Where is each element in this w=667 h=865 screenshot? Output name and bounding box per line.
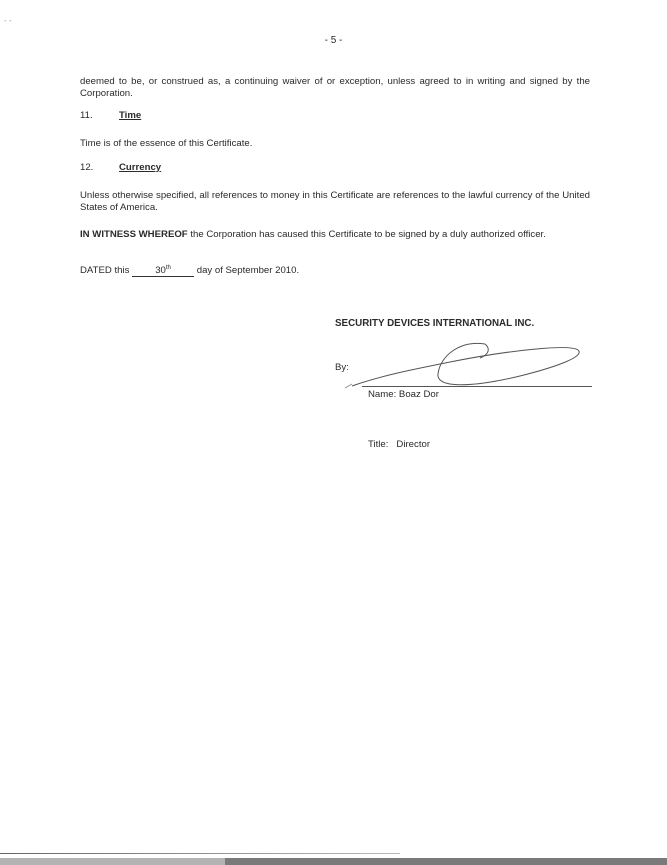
signer-name: Name: Boaz Dor [368, 389, 439, 401]
section-12-body: Unless otherwise specified, all referenc… [80, 190, 590, 214]
section-heading: Currency [119, 162, 161, 174]
section-number: 11. [80, 110, 93, 122]
witness-bold: IN WITNESS WHEREOF [80, 229, 188, 240]
section-12-heading-row: 12. Currency [80, 162, 590, 174]
signer-title: Title: Director [368, 439, 430, 451]
dated-prefix: DATED this [80, 265, 132, 276]
scan-corner-mark: - - [4, 16, 12, 25]
scan-artifact-line [0, 853, 400, 854]
witness-text: the Corporation has caused this Certific… [188, 229, 546, 240]
scan-artifact-bar-left [0, 858, 225, 865]
signature-line [362, 386, 592, 387]
dated-day-suffix: th [166, 265, 171, 271]
dated-line: DATED this 30th day of September 2010. [80, 265, 590, 277]
witness-clause: IN WITNESS WHEREOF the Corporation has c… [80, 229, 590, 241]
dated-suffix: day of September 2010. [194, 265, 299, 276]
page-number: - 5 - [0, 35, 667, 46]
section-11-body: Time is of the essence of this Certifica… [80, 138, 590, 150]
section-11-heading-row: 11. Time [80, 110, 590, 122]
section-number: 12. [80, 162, 93, 174]
company-name: SECURITY DEVICES INTERNATIONAL INC. [335, 318, 534, 329]
dated-day-blank: 30th [132, 265, 194, 277]
dated-day: 30 [155, 265, 166, 276]
section-heading: Time [119, 110, 141, 122]
paragraph-continuation: deemed to be, or construed as, a continu… [80, 76, 590, 100]
signature-icon [340, 336, 590, 392]
